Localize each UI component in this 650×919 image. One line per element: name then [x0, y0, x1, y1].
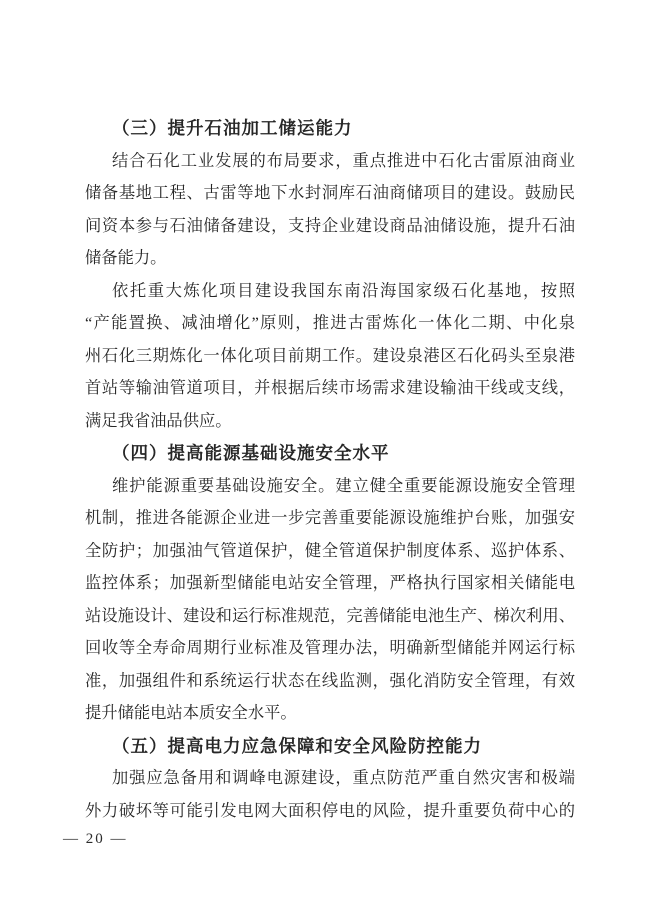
- paragraph: 结合石化工业发展的布局要求，重点推进中石化古雷原油商业储备基地工程、古雷等地下水…: [85, 145, 575, 275]
- paragraph-line: 首站等输油管道项目，并根据后续市场需求建设输油干线或支线，: [85, 372, 575, 405]
- paragraph-line: 维护能源重要基础设施安全。建立健全重要能源设施安全管理: [85, 470, 575, 503]
- paragraph-line: 机制，推进各能源企业进一步完善重要能源设施维护台账，加强安: [85, 502, 575, 535]
- paragraph-line: 全防护；加强油气管道保护，健全管道保护制度体系、巡护体系、: [85, 535, 575, 568]
- paragraph-line: 州石化三期炼化一体化项目前期工作。建设泉港区石化码头至泉港: [85, 340, 575, 373]
- document-page: （三）提升石油加工储运能力结合石化工业发展的布局要求，重点推进中石化古雷原油商业…: [0, 0, 650, 919]
- paragraph-line: 外力破坏等可能引发电网大面积停电的风险，提升重要负荷中心的: [85, 795, 575, 828]
- paragraph: 依托重大炼化项目建设我国东南沿海国家级石化基地，按照“产能置换、减油增化”原则，…: [85, 275, 575, 438]
- paragraph-line: 依托重大炼化项目建设我国东南沿海国家级石化基地，按照: [85, 275, 575, 308]
- paragraph-line: 监控体系；加强新型储能电站安全管理，严格执行国家相关储能电: [85, 567, 575, 600]
- paragraph: 维护能源重要基础设施安全。建立健全重要能源设施安全管理机制，推进各能源企业进一步…: [85, 470, 575, 730]
- section-heading: （三）提升石油加工储运能力: [85, 112, 575, 145]
- document-body: （三）提升石油加工储运能力结合石化工业发展的布局要求，重点推进中石化古雷原油商业…: [85, 112, 575, 827]
- paragraph-line: 满足我省油品供应。: [85, 405, 575, 438]
- paragraph-line: 准，加强组件和系统运行状态在线监测，强化消防安全管理，有效: [85, 665, 575, 698]
- paragraph-line: 加强应急备用和调峰电源建设，重点防范严重自然灾害和极端: [85, 762, 575, 795]
- page-footer: — 20 —: [63, 831, 128, 848]
- paragraph-line: 储备能力。: [85, 242, 575, 275]
- section-heading: （五）提高电力应急保障和安全风险防控能力: [85, 730, 575, 763]
- page-number: — 20 —: [63, 831, 128, 847]
- paragraph-line: 站设施设计、建设和运行标准规范，完善储能电池生产、梯次利用、: [85, 600, 575, 633]
- paragraph-line: “产能置换、减油增化”原则，推进古雷炼化一体化二期、中化泉: [85, 307, 575, 340]
- paragraph: 加强应急备用和调峰电源建设，重点防范严重自然灾害和极端外力破坏等可能引发电网大面…: [85, 762, 575, 827]
- paragraph-line: 结合石化工业发展的布局要求，重点推进中石化古雷原油商业: [85, 145, 575, 178]
- section-heading: （四）提高能源基础设施安全水平: [85, 437, 575, 470]
- paragraph-line: 提升储能电站本质安全水平。: [85, 697, 575, 730]
- paragraph-line: 回收等全寿命周期行业标准及管理办法，明确新型储能并网运行标: [85, 632, 575, 665]
- paragraph-line: 储备基地工程、古雷等地下水封洞库石油商储项目的建设。鼓励民: [85, 177, 575, 210]
- paragraph-line: 间资本参与石油储备建设，支持企业建设商品油储设施，提升石油: [85, 210, 575, 243]
